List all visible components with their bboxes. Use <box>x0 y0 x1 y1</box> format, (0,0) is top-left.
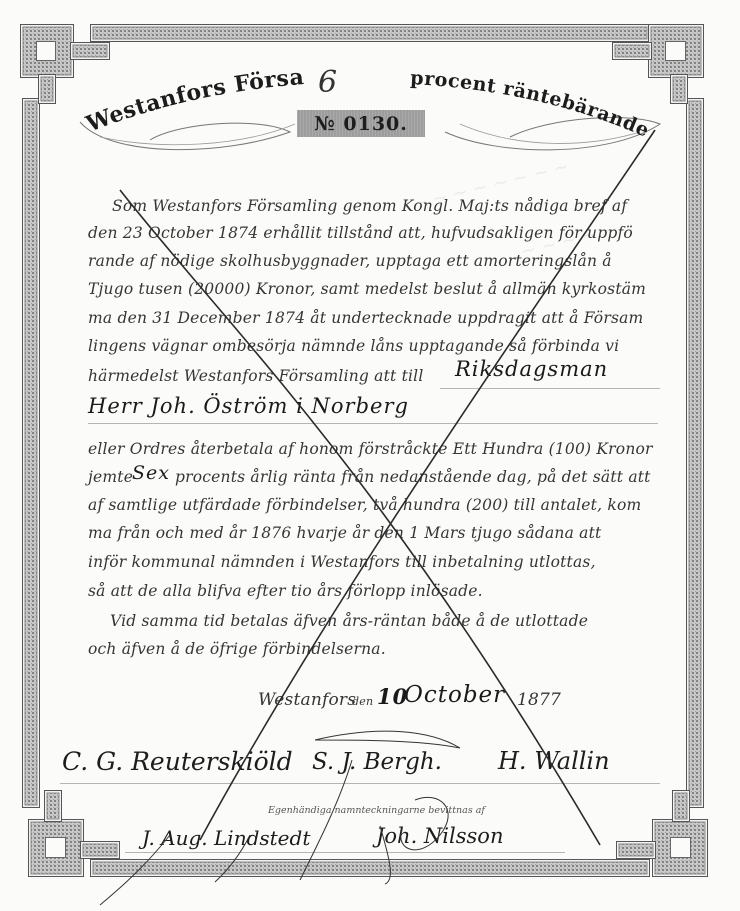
body-line: lingens vägnar ombesörja nämnde låns upp… <box>88 337 658 355</box>
title-part1: Westanfors Församlings <box>70 62 305 138</box>
signature-rule <box>60 783 660 784</box>
border-top <box>90 24 650 42</box>
corner-step <box>612 42 652 60</box>
date-year: 1877 <box>517 690 561 710</box>
body-line: ma den 31 December 1874 åt undertecknade… <box>88 309 658 327</box>
border-bottom <box>90 859 650 877</box>
title-rate: 6 <box>318 65 337 100</box>
body-line: rande af nödige skolhusbyggnader, upptag… <box>88 252 658 270</box>
body-line: af samtlige utfärdade förbindelser, två … <box>88 496 658 514</box>
date-place: Westanfors <box>258 690 356 710</box>
body-line: så att de alla blifva efter tio års förl… <box>88 582 658 600</box>
witness-signature: J. Aug. Lindstedt <box>142 826 310 850</box>
signature-rule <box>125 852 565 853</box>
signature: C. G. Reuterskiöld <box>62 747 293 776</box>
body-line: eller Ordres återbetala af honom förstrå… <box>88 440 658 458</box>
fill-in-rule <box>440 388 660 389</box>
body-line: härmedelst Westanfors Församling att til… <box>88 367 424 385</box>
body-line: procents årlig ränta från nedanstående d… <box>175 468 655 486</box>
body-line: Tjugo tusen (20000) Kronor, samt medelst… <box>88 280 658 298</box>
bond-certificate: ​~ ~ ~ ~ ~ ~ ~ ~ ​~ ~ ~ ~ ~ <box>0 0 740 911</box>
corner-step <box>80 841 120 859</box>
corner-step <box>670 74 688 104</box>
attestation-label: Egenhändiga namnteckningarne bevittnas a… <box>268 805 485 816</box>
corner-square <box>665 41 686 61</box>
corner-square <box>670 837 691 858</box>
corner-square <box>36 41 56 61</box>
corner-square <box>45 837 66 858</box>
body-line: Vid samma tid betalas äfven års-räntan b… <box>110 612 680 630</box>
witness-signature: Joh. Nilsson <box>376 824 503 848</box>
signature: S. J. Bergh. <box>312 749 442 775</box>
body-line: och äfven å de öfrige förbindelserna. <box>88 640 658 658</box>
body-line: Som Westanfors Församling genom Kongl. M… <box>112 197 682 215</box>
corner-step <box>672 790 690 822</box>
body-line: inför kommunal nämnden i Westanfors till… <box>88 553 658 571</box>
body-line: ma från och med år 1876 hvarje år den 1 … <box>88 524 658 542</box>
body-line: den 23 October 1874 erhållit tillstånd a… <box>88 224 658 242</box>
document-title: Westanfors Församlings 6 procent räntebä… <box>70 62 670 152</box>
date-month: October <box>404 682 505 708</box>
payee-title: Riksdagsman <box>455 357 608 381</box>
corner-step <box>70 42 110 60</box>
payee-name: Herr Joh. Öström i Norberg <box>88 394 409 418</box>
corner-step <box>44 790 62 822</box>
date-den: den <box>352 695 373 708</box>
signature: H. Wallin <box>498 747 610 775</box>
bond-number: № 0130. <box>297 110 425 137</box>
border-left <box>22 98 40 808</box>
title-flourish: Westanfors Församlings 6 procent räntebä… <box>70 62 670 152</box>
interest-rate-word: Sex <box>132 462 170 484</box>
fill-in-rule <box>88 423 658 424</box>
svg-text:Westanfors Församlings: Westanfors Församlings <box>70 62 305 138</box>
corner-step <box>616 841 656 859</box>
border-right <box>686 98 704 808</box>
corner-step <box>38 74 56 104</box>
body-line: jemte <box>88 468 133 486</box>
